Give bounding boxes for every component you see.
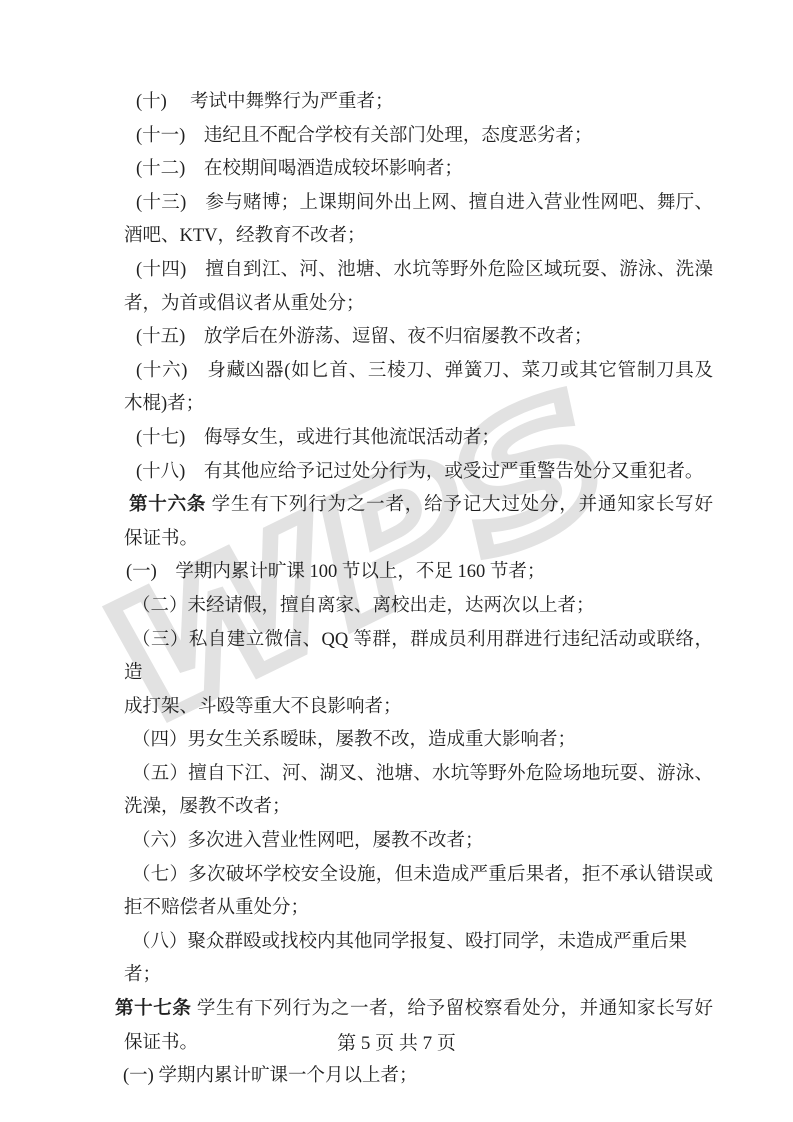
- text-line: （二）未经请假，擅自离家、离校出走，达两次以上者；: [124, 590, 713, 624]
- text-line: (十二) 在校期间喝酒造成较坏影响者；: [124, 153, 713, 187]
- page-number: 第 5 页 共 7 页: [0, 1028, 793, 1055]
- text-line: (十七) 侮辱女生，或进行其他流氓活动者；: [124, 422, 713, 456]
- text-line: (十八) 有其他应给予记过处分行为，或受过严重警告处分又重犯者。: [124, 456, 713, 490]
- text-line: (一) 学期内累计旷课一个月以上者；: [124, 1060, 713, 1094]
- text-line: (十一) 违纪且不配合学校有关部门处理，态度恶劣者；: [124, 120, 713, 154]
- article-number: 第十六条: [129, 495, 206, 515]
- text-line: 者，为首或倡议者从重处分；: [124, 288, 713, 322]
- text-line: (十五) 放学后在外游荡、逗留、夜不归宿屡教不改者；: [124, 321, 713, 355]
- document-body: (十) 考试中舞弊行为严重者； (十一) 违纪且不配合学校有关部门处理，态度恶劣…: [124, 86, 713, 1094]
- article-text: 学生有下列行为之一者，给予留校察看处分，并通知家长写好: [192, 999, 713, 1019]
- article-text: 学生有下列行为之一者，给予记大过处分，并通知家长写好: [206, 495, 713, 515]
- text-line: 成打架、斗殴等重大不良影响者；: [124, 691, 713, 725]
- text-line: （四）男女生关系暧昧，屡教不改，造成重大影响者；: [124, 724, 713, 758]
- text-line: (十四) 擅自到江、河、池塘、水坑等野外危险区域玩耍、游泳、洗澡: [124, 254, 713, 288]
- text-line: (一) 学期内累计旷课 100 节以上，不足 160 节者；: [124, 556, 713, 590]
- article-number: 第十七条: [115, 999, 192, 1019]
- text-line: (十六) 身藏凶器(如匕首、三棱刀、弹簧刀、菜刀或其它管制刀具及: [124, 355, 713, 389]
- text-line: （五）擅自下江、河、湖叉、池塘、水坑等野外危险场地玩耍、游泳、: [124, 758, 713, 792]
- text-line: 保证书。: [124, 523, 713, 557]
- text-line: （六）多次进入营业性网吧，屡教不改者；: [124, 825, 713, 859]
- text-line: 拒不赔偿者从重处分；: [124, 892, 713, 926]
- text-line-article-16: 第十六条 学生有下列行为之一者，给予记大过处分，并通知家长写好: [124, 489, 713, 523]
- document-page: WPS (十) 考试中舞弊行为严重者； (十一) 违纪且不配合学校有关部门处理，…: [0, 0, 793, 1122]
- text-line: （三）私自建立微信、QQ 等群，群成员利用群进行违纪活动或联络，造: [124, 624, 713, 691]
- text-line: （八）聚众群殴或找校内其他同学报复、殴打同学，未造成严重后果者；: [124, 926, 713, 993]
- text-line: (十三) 参与赌博；上课期间外出上网、擅自进入营业性网吧、舞厅、: [124, 187, 713, 221]
- text-line-article-17: 第十七条 学生有下列行为之一者，给予留校察看处分，并通知家长写好: [124, 993, 713, 1027]
- text-line: (十) 考试中舞弊行为严重者；: [124, 86, 713, 120]
- text-line: （七）多次破坏学校安全设施，但未造成严重后果者，拒不承认错误或: [124, 859, 713, 893]
- text-line: 洗澡，屡教不改者；: [124, 791, 713, 825]
- text-line: 酒吧、KTV，经教育不改者；: [124, 220, 713, 254]
- text-line: 木棍)者；: [124, 388, 713, 422]
